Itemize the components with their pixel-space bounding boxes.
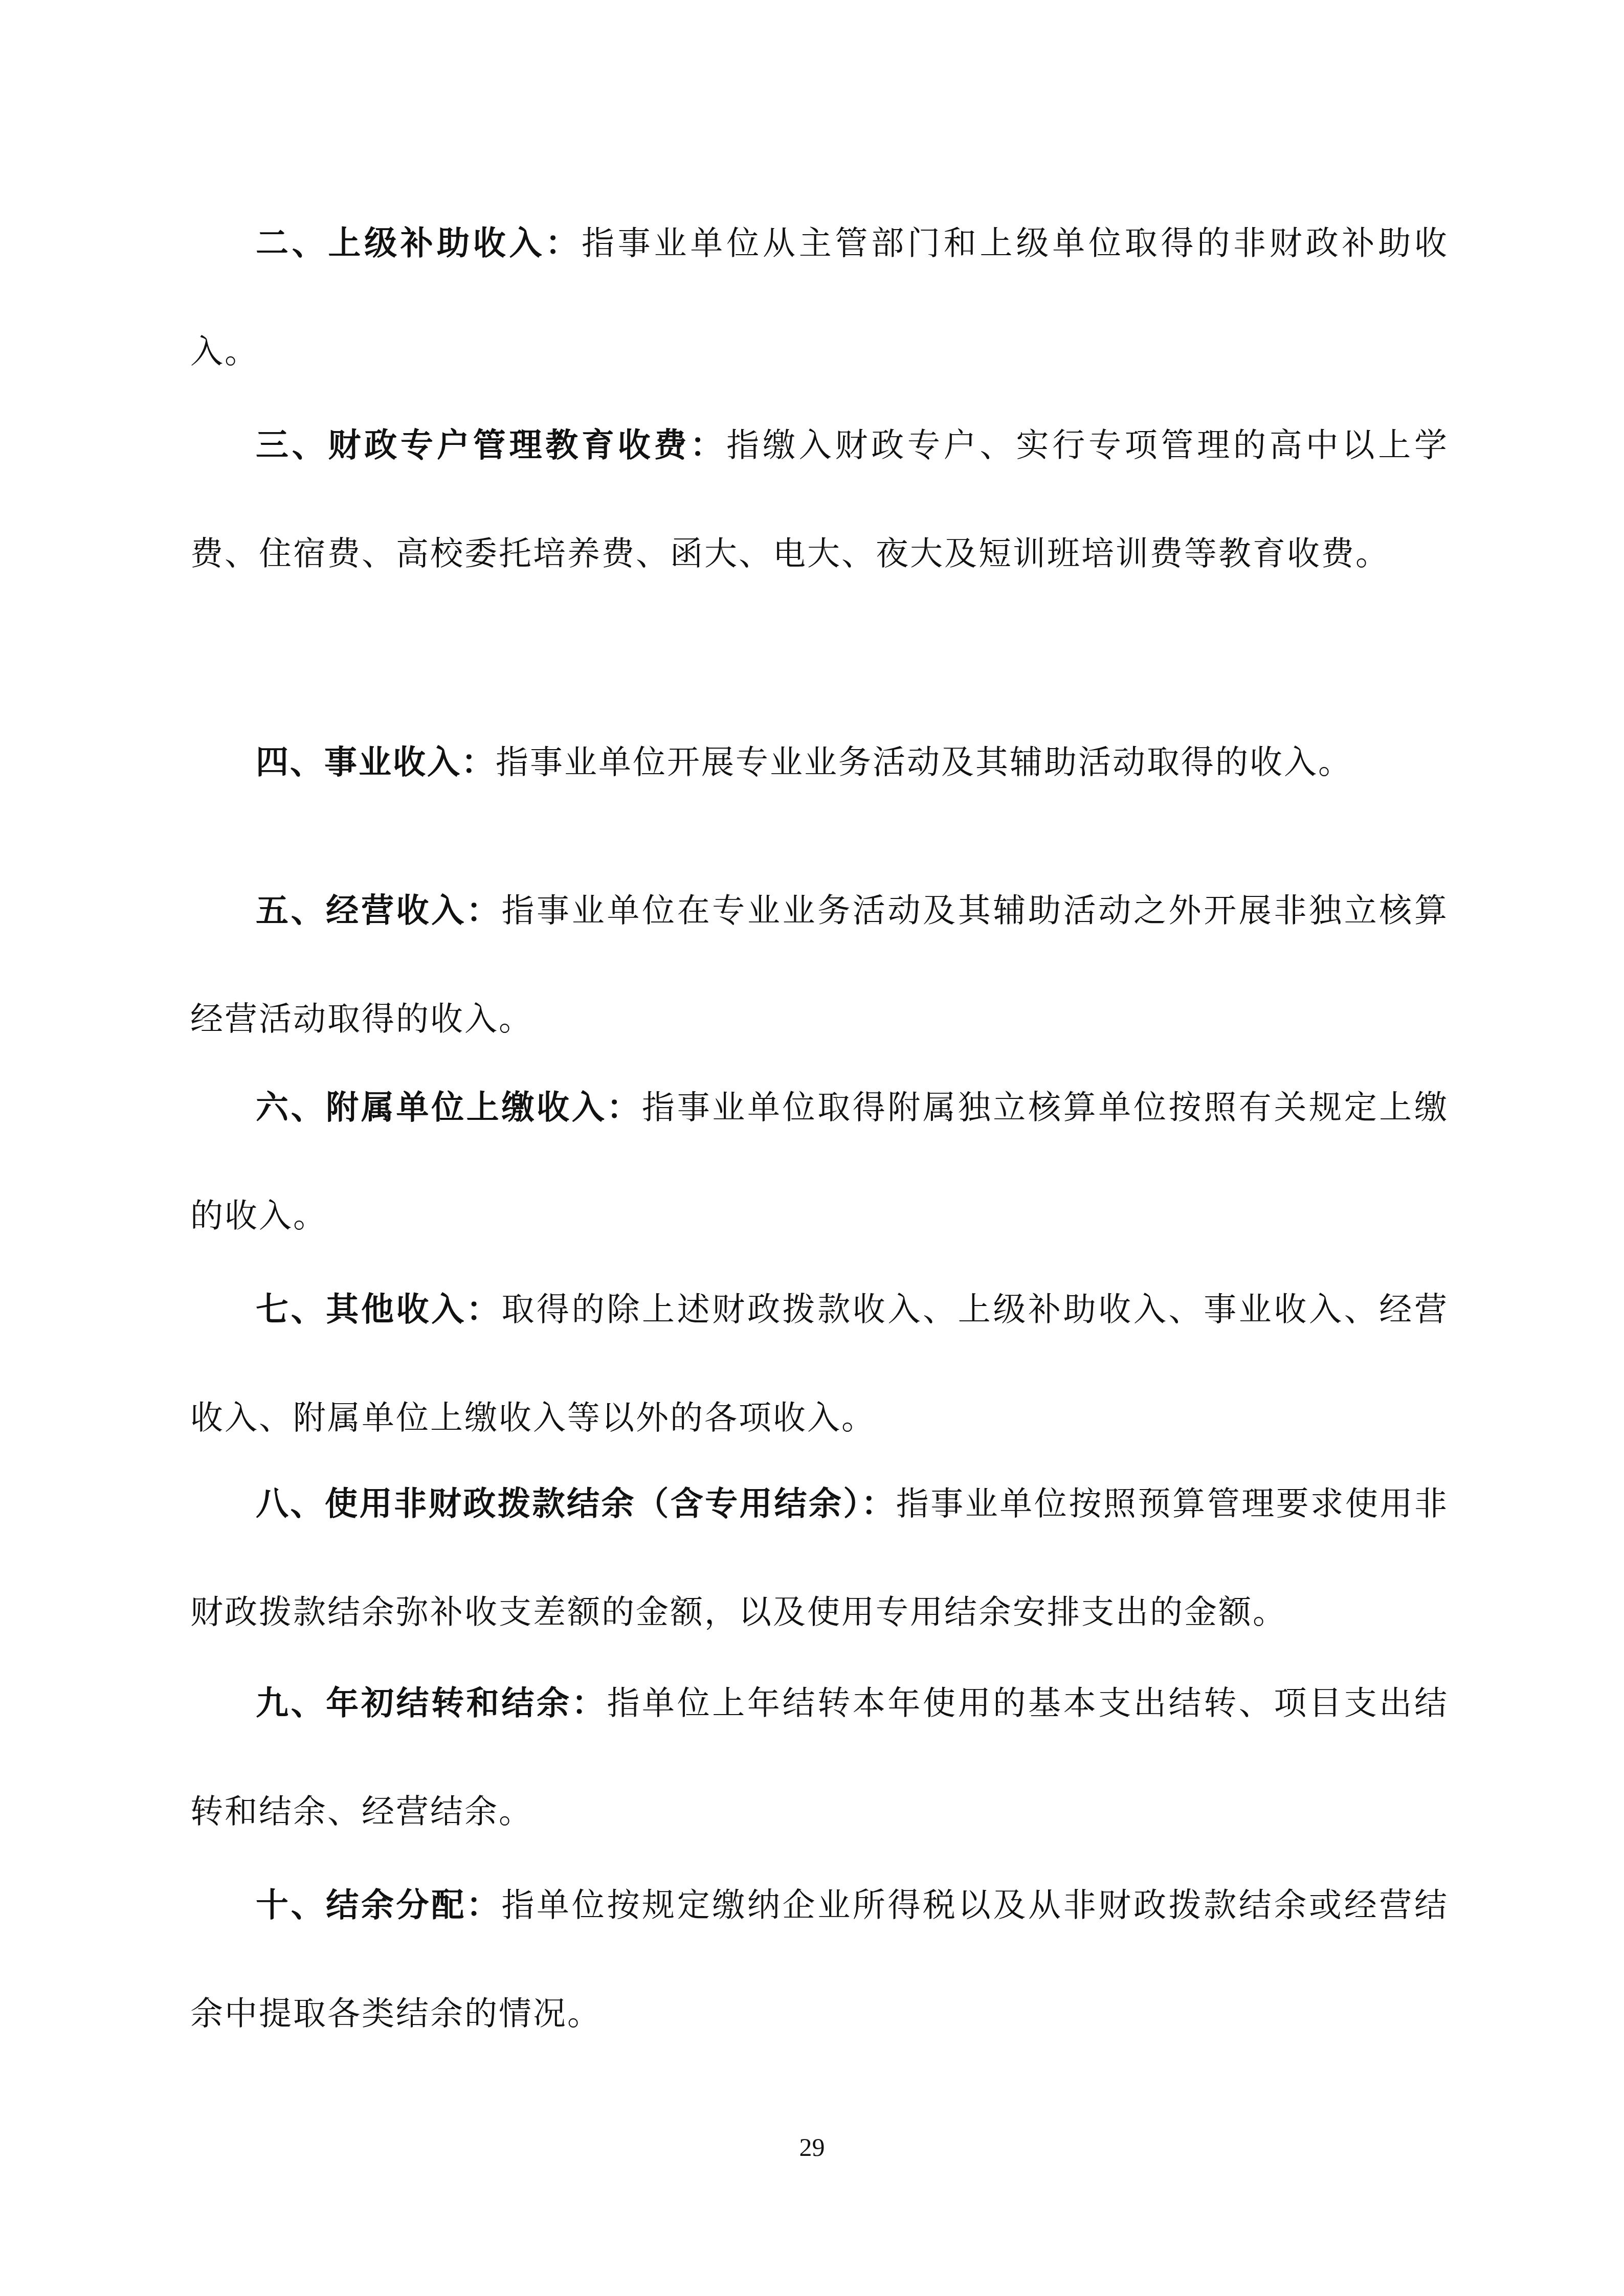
document-page: 二、上级补助收入：指事业单位从主管部门和上级单位取得的非财政补助收入。 三、财政…	[0, 0, 1624, 2296]
section-business-income: 四、事业收入：指事业单位开展专业业务活动及其辅助活动取得的收入。	[190, 708, 1449, 817]
section-term: 六、附属单位上缴收入：	[256, 1088, 642, 1127]
section-fiscal-account-education-fees: 三、财政专户管理教育收费：指缴入财政专户、实行专项管理的高中以上学费、住宿费、高…	[190, 391, 1449, 608]
section-term: 四、事业收入：	[256, 743, 496, 781]
section-term: 三、财政专户管理教育收费：	[256, 426, 726, 464]
section-operating-income: 五、经营收入：指事业单位在专业业务活动及其辅助活动之外开展非独立核算经营活动取得…	[190, 857, 1449, 1073]
section-term: 七、其他收入：	[256, 1290, 501, 1329]
section-definition: 指事业单位开展专业业务活动及其辅助活动取得的收入。	[496, 744, 1352, 781]
section-use-of-non-fiscal-balance: 八、使用非财政拨款结余（含专用结余）：指事业单位按照预算管理要求使用非财政拨款结…	[190, 1450, 1449, 1667]
section-affiliate-remittance-income: 六、附属单位上缴收入：指事业单位取得附属独立核算单位按照有关规定上缴的收入。	[190, 1053, 1449, 1270]
section-term: 九、年初结转和结余：	[256, 1684, 607, 1722]
section-other-income: 七、其他收入：取得的除上述财政拨款收入、上级补助收入、事业收入、经营收入、附属单…	[190, 1255, 1449, 1472]
section-carryover-and-balance: 九、年初结转和结余：指单位上年结转本年使用的基本支出结转、项目支出结转和结余、经…	[190, 1649, 1449, 1866]
section-term: 十、结余分配：	[256, 1886, 501, 1924]
section-balance-distribution: 十、结余分配：指单位按规定缴纳企业所得税以及从非财政拨款结余或经营结余中提取各类…	[190, 1851, 1449, 2068]
page-number: 29	[0, 2132, 1624, 2162]
section-term: 二、上级补助收入：	[256, 224, 582, 262]
section-superior-subsidy-income: 二、上级补助收入：指事业单位从主管部门和上级单位取得的非财政补助收入。	[190, 189, 1449, 406]
section-term: 八、使用非财政拨款结余（含专用结余）：	[256, 1484, 896, 1523]
section-term: 五、经营收入：	[256, 891, 501, 930]
